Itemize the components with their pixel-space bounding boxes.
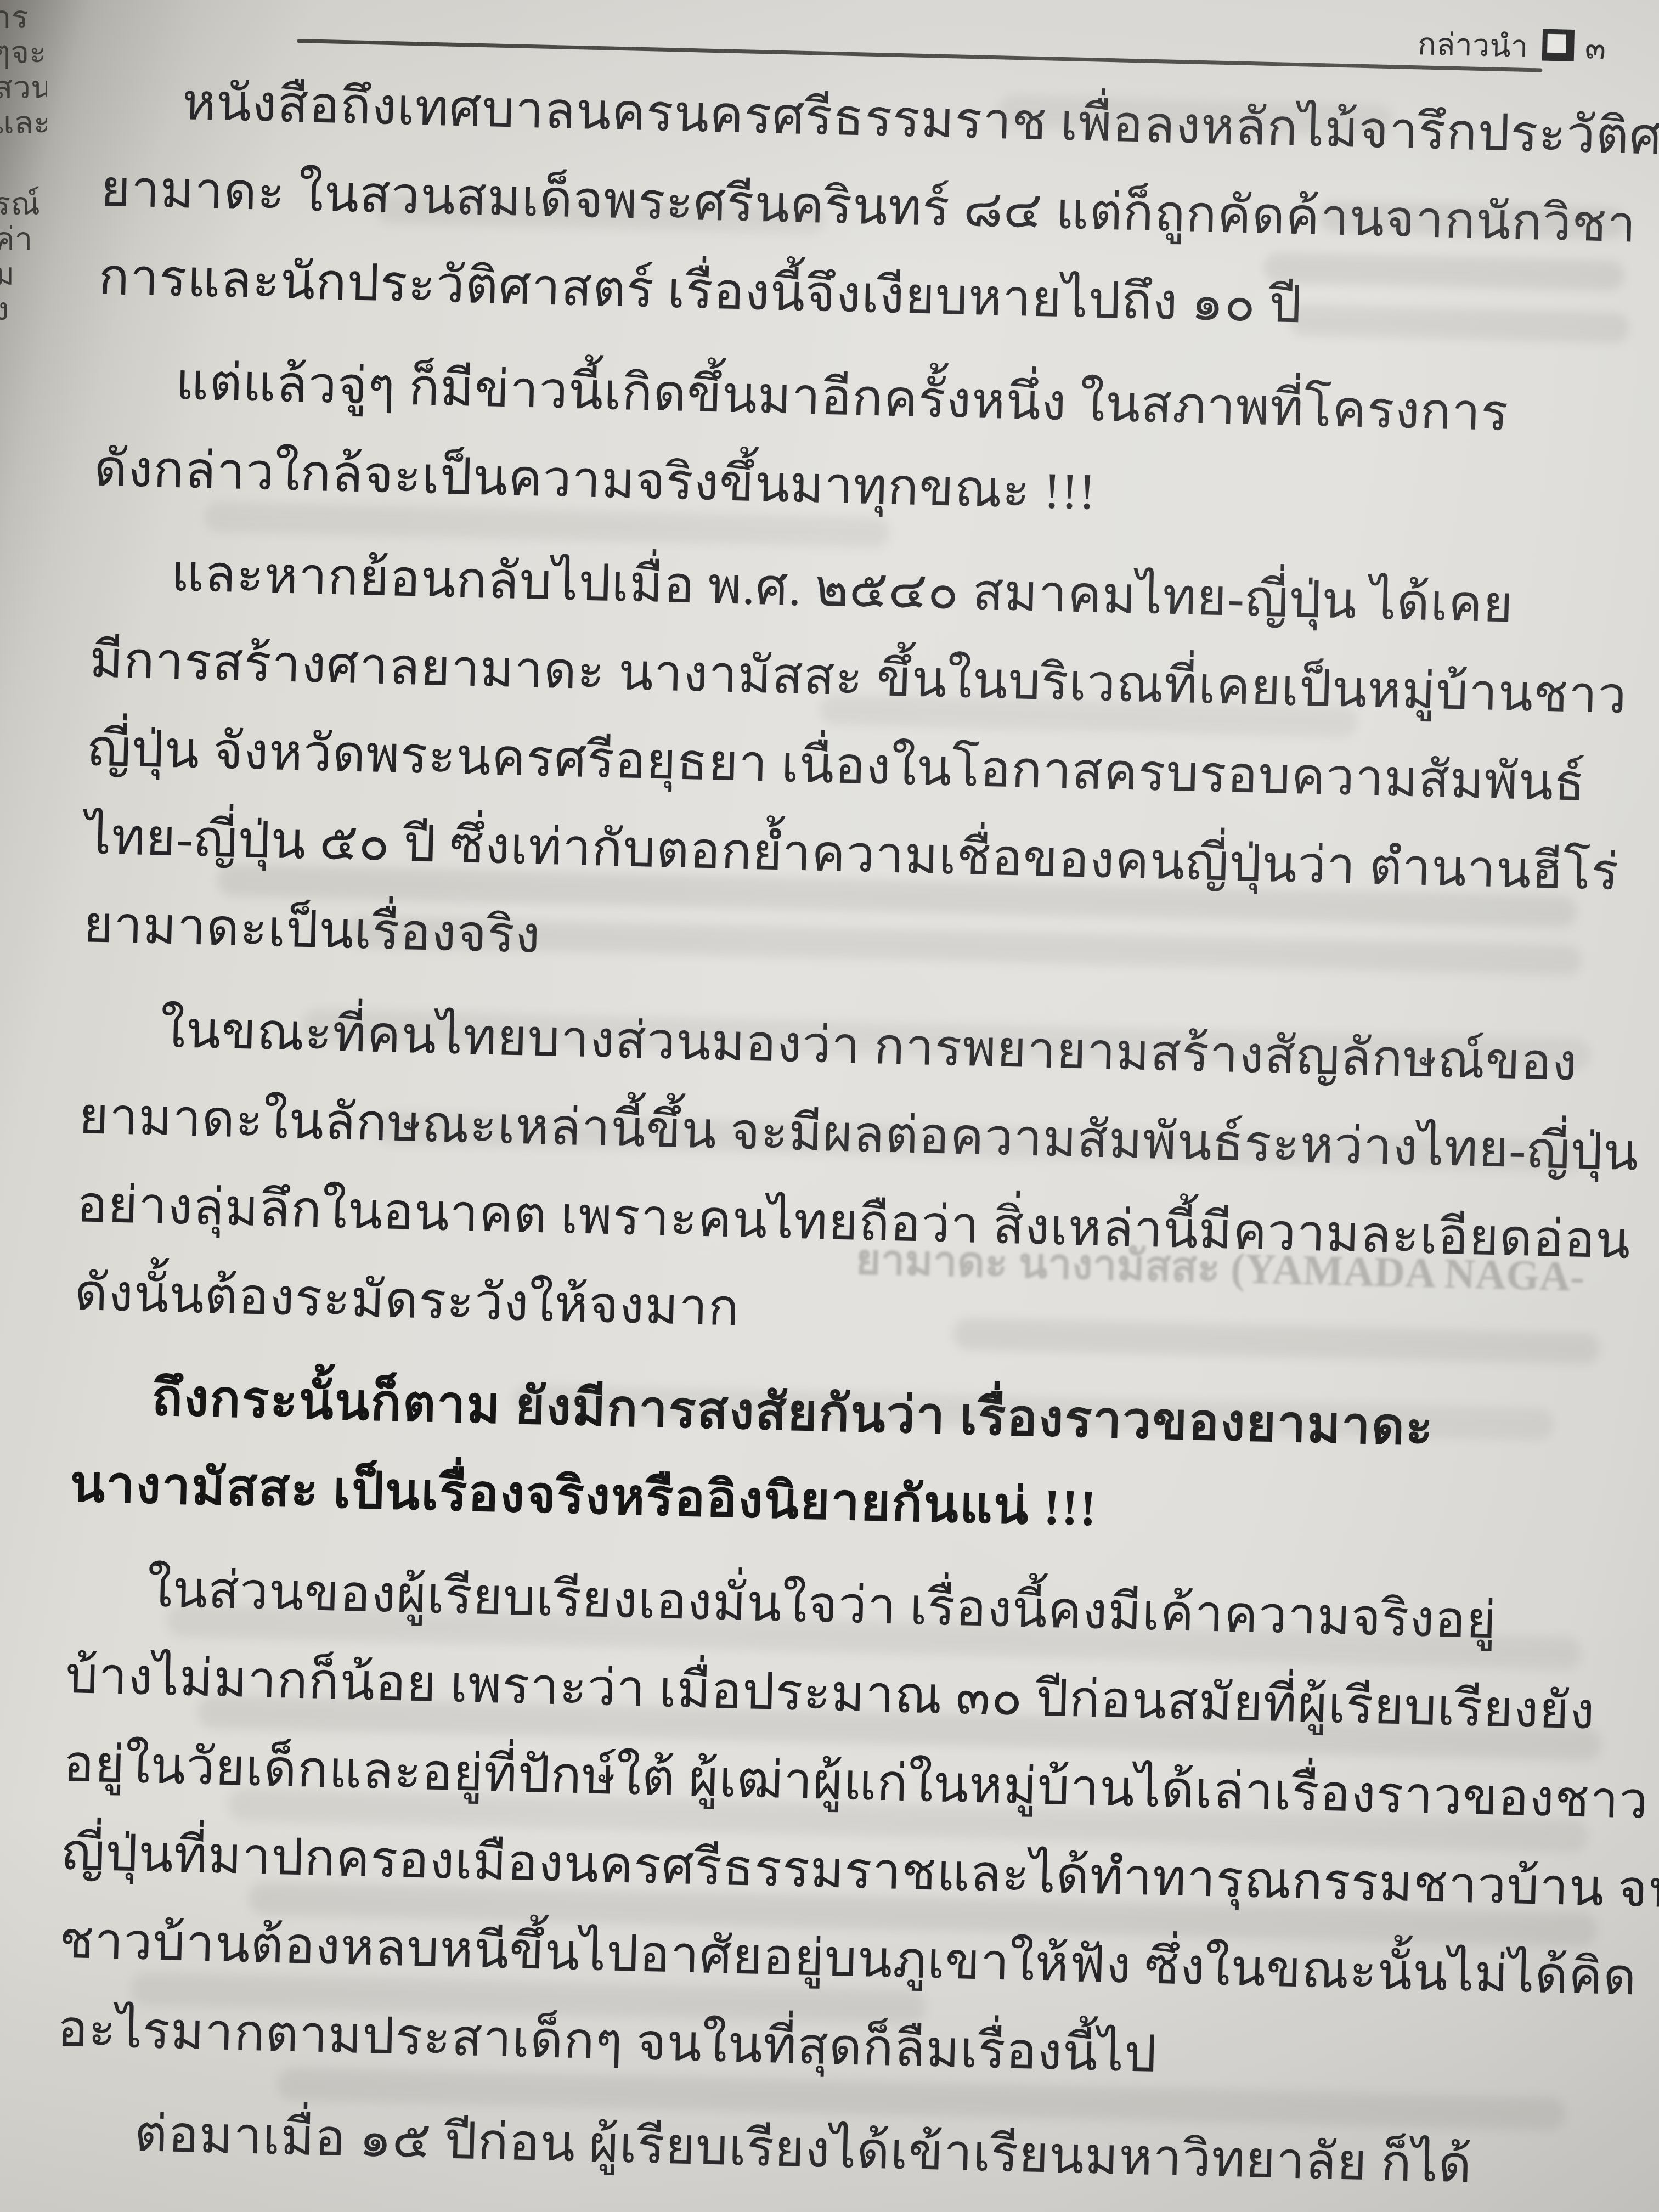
left-page-fragment: รณ์ — [0, 187, 47, 222]
book-page-photo: { "page": { "header": { "section_title":… — [0, 0, 1659, 2212]
left-page-fragment: และ — [0, 105, 47, 140]
section-title: กล่าวนำ — [1418, 27, 1528, 64]
section-marker-icon — [1542, 29, 1574, 61]
paragraph: หนังสือถึงเทศบาลนครนครศรีธรรมราช เพื่อลง… — [98, 57, 1644, 358]
facing-page-edge: าร ๆจะ สวน และ รณ์ ค่า ม ง — [0, 0, 47, 384]
page-header: กล่าวนำ๓ — [1417, 19, 1606, 72]
left-page-fragment: ๆจะ — [0, 35, 47, 70]
page-number: ๓ — [1584, 31, 1606, 66]
left-page-fragment: ง — [0, 292, 47, 327]
left-page-fragment: ม — [0, 257, 47, 292]
paragraph: ในขณะที่คนไทยบางส่วนมองว่า การพยายามสร้า… — [74, 984, 1621, 1373]
left-page-fragment: สวน — [0, 70, 47, 105]
paragraph: แต่แล้วจู่ๆ ก็มีข่าวนี้เกิดขึ้นมาอีกครั้… — [93, 336, 1637, 549]
left-page-fragment: ค่า — [0, 222, 47, 257]
paragraph: ในส่วนของผู้เรียบเรียงเองมั่นใจว่า เรื่อ… — [57, 1543, 1609, 2109]
body-text: หนังสือถึงเทศบาลนครนครศรีธรรมราช เพื่อลง… — [0, 55, 1643, 2212]
paragraph-emphasis: ถึงกระนั้นก็ตาม ยังมีการสงสัยกันว่า เรื่… — [69, 1352, 1613, 1565]
paragraph: และหากย้อนกลับไปเมื่อ พ.ศ. ๒๕๔๐ สมาคมไทย… — [82, 528, 1632, 1006]
left-page-fragment: าร — [0, 0, 47, 35]
